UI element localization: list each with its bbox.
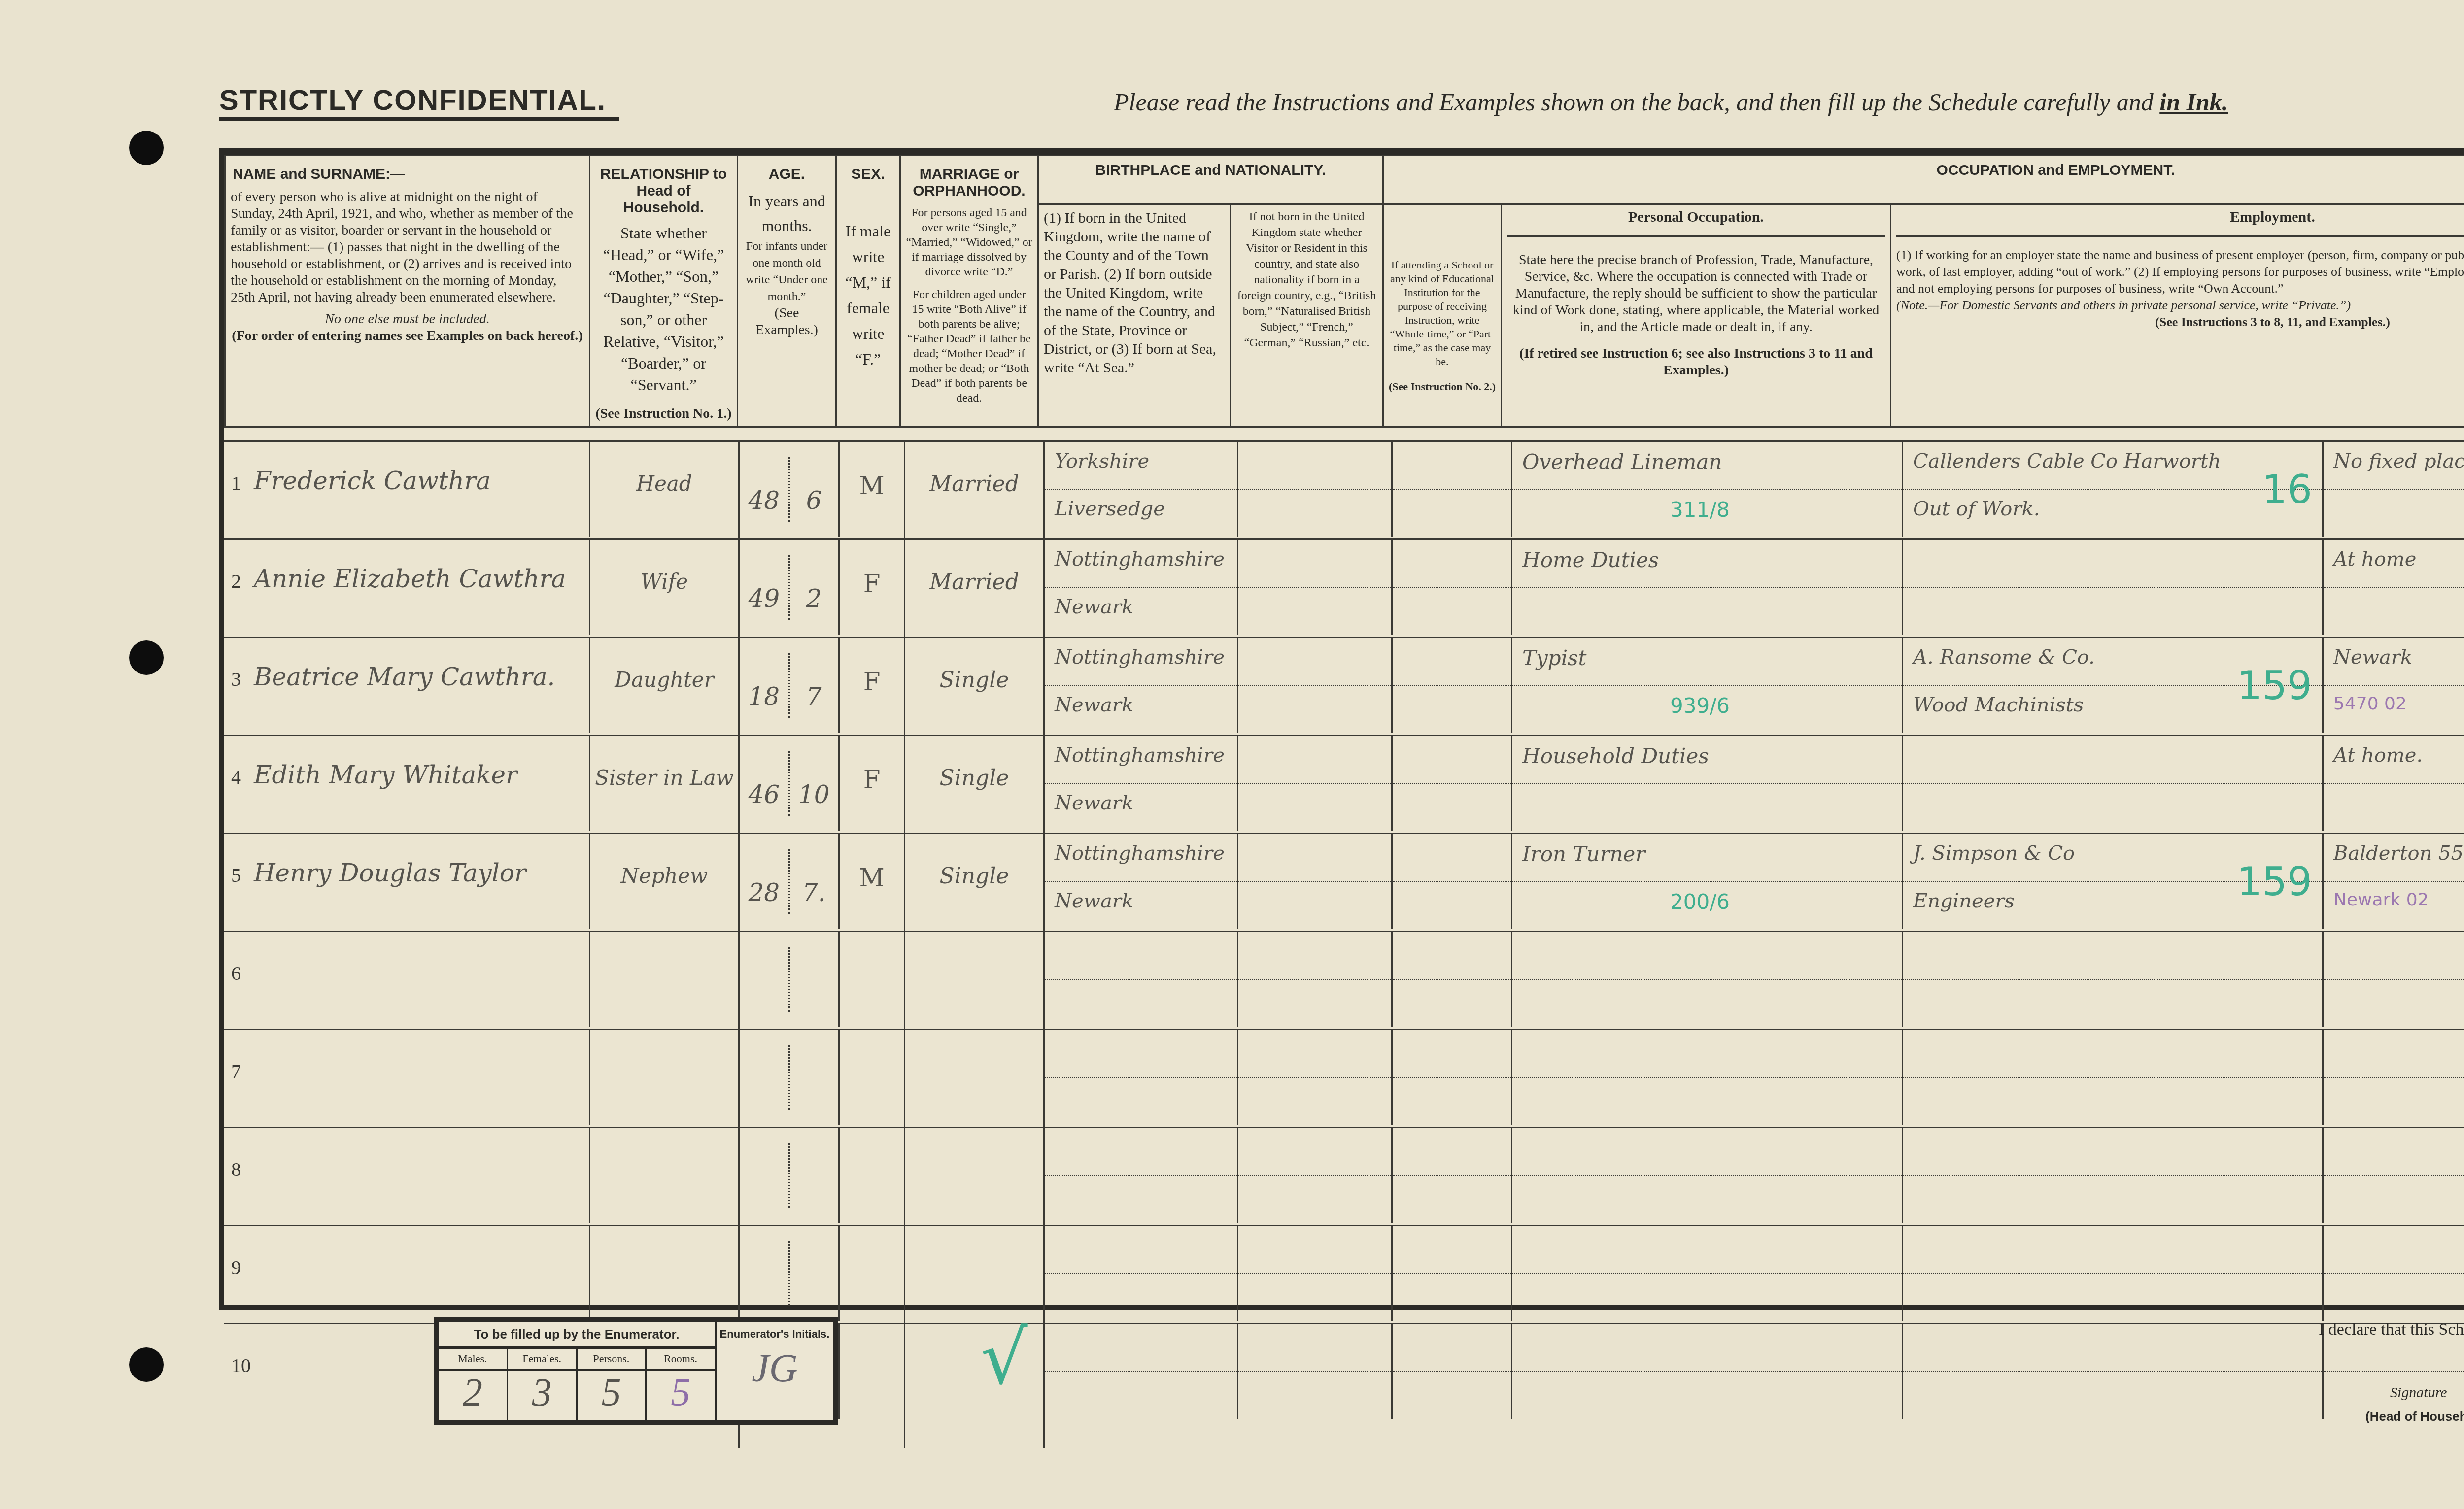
- work-place-code: [2324, 980, 2464, 1027]
- birth-county[interactable]: [1045, 1030, 1237, 1078]
- work-place[interactable]: [2324, 1226, 2464, 1274]
- work-place-code: [2324, 490, 2464, 537]
- work-place[interactable]: No fixed place: [2324, 442, 2464, 490]
- occupation-cell[interactable]: Iron Turner 200/6: [1512, 834, 1903, 929]
- occupation-cell[interactable]: [1512, 1128, 1903, 1223]
- place-of-work-cell[interactable]: [2324, 1226, 2464, 1321]
- birth-county[interactable]: [1045, 932, 1237, 980]
- work-place-code: Newark 02: [2324, 882, 2464, 929]
- birthplace-cell[interactable]: Yorkshire Liversedge: [1045, 442, 1238, 537]
- rooms-value[interactable]: 5: [647, 1371, 715, 1420]
- work-place[interactable]: Balderton 5592: [2324, 834, 2464, 882]
- employment-code: 159: [2237, 859, 2312, 905]
- name-cell[interactable]: 2 Annie Elizabeth Cawthra: [224, 540, 590, 635]
- person-row: 4 Edith Mary Whitaker Sister in Law 46 1…: [224, 735, 2464, 833]
- row-number: 2: [231, 570, 241, 593]
- education-cell[interactable]: [1393, 638, 1512, 733]
- employment-code: 159: [2237, 663, 2312, 708]
- employment-cell[interactable]: [1903, 736, 2324, 831]
- occupation-text[interactable]: [1512, 1324, 1902, 1372]
- person-row: 9: [224, 1225, 2464, 1323]
- age-months[interactable]: 7.: [790, 834, 839, 929]
- work-place-code: [2324, 588, 2464, 635]
- initials-value[interactable]: JG: [717, 1346, 833, 1420]
- males-label: Males.: [439, 1349, 507, 1371]
- person-row: 7: [224, 1029, 2464, 1127]
- age-years[interactable]: 48: [740, 457, 790, 522]
- employer-business[interactable]: [1903, 784, 2322, 831]
- education-cell[interactable]: [1393, 1030, 1512, 1125]
- occupation-code: 311/8: [1512, 490, 1902, 537]
- person-row: 2 Annie Elizabeth Cawthra Wife 49 2 F Ma…: [224, 538, 2464, 637]
- row-number: 8: [231, 1158, 241, 1181]
- sex-cell[interactable]: [840, 1324, 905, 1448]
- person-name[interactable]: Annie Elizabeth Cawthra: [254, 565, 566, 593]
- census-table: NAME and SURNAME:— of every person who i…: [224, 155, 2464, 428]
- person-row: 5 Henry Douglas Taylor Nephew 28 7. M Si…: [224, 833, 2464, 931]
- work-place[interactable]: Newark: [2324, 638, 2464, 686]
- employer-business[interactable]: [1903, 1176, 2322, 1223]
- person-row: 8: [224, 1127, 2464, 1225]
- signature-note: (Head of Household. Manager of Establish…: [2365, 1409, 2464, 1424]
- occupation-text[interactable]: Typist: [1512, 638, 1902, 686]
- col-g-header: If not born in the United Kingdom state …: [1231, 204, 1383, 427]
- name-cell[interactable]: 8: [224, 1128, 590, 1223]
- age-cell[interactable]: 18 7: [740, 638, 840, 733]
- nationality-cell[interactable]: [1238, 1128, 1393, 1223]
- occupation-text[interactable]: [1512, 1226, 1902, 1274]
- age-cell[interactable]: [740, 1128, 840, 1223]
- employer-name[interactable]: [1903, 736, 2322, 784]
- birth-county[interactable]: Nottinghamshire: [1045, 834, 1237, 882]
- occupation-code: [1512, 1176, 1902, 1223]
- occupation-cell[interactable]: Home Duties: [1512, 540, 1903, 635]
- place-of-work-cell[interactable]: Newark 5470 02: [2324, 638, 2464, 733]
- employment-cell[interactable]: [1903, 1226, 2324, 1321]
- birth-county[interactable]: [1045, 1128, 1237, 1176]
- birthplace-cell[interactable]: Nottinghamshire Newark: [1045, 540, 1238, 635]
- nationality-cell[interactable]: [1238, 1030, 1393, 1125]
- work-place-code: 5470 02: [2324, 686, 2464, 733]
- person-row: 3 Beatrice Mary Cawthra. Daughter 18 7 F…: [224, 637, 2464, 735]
- birth-town[interactable]: Newark: [1045, 686, 1237, 733]
- age-years[interactable]: [740, 1143, 790, 1208]
- birth-town[interactable]: [1045, 980, 1237, 1027]
- occupation-code: [1512, 1372, 1902, 1419]
- occupation-code: [1512, 784, 1902, 831]
- age-months[interactable]: [790, 932, 839, 1027]
- birthplace-cell[interactable]: Nottinghamshire Newark: [1045, 736, 1238, 831]
- birth-county[interactable]: [1045, 1226, 1237, 1274]
- nationality-cell[interactable]: [1238, 442, 1393, 537]
- birthplace-cell[interactable]: [1045, 1226, 1238, 1321]
- education-cell[interactable]: [1393, 1324, 1512, 1419]
- nationality-cell[interactable]: [1238, 540, 1393, 635]
- age-years[interactable]: 49: [740, 555, 790, 620]
- age-years[interactable]: [740, 1241, 790, 1306]
- place-of-work-cell[interactable]: No fixed place: [2324, 442, 2464, 537]
- punch-hole-2: [129, 640, 164, 675]
- occupation-code: [1512, 980, 1902, 1027]
- check-mark-icon: √: [981, 1315, 1028, 1401]
- birthplace-cell[interactable]: [1045, 1030, 1238, 1125]
- education-cell[interactable]: [1393, 932, 1512, 1027]
- birth-county[interactable]: Nottinghamshire: [1045, 736, 1237, 784]
- occupation-cell[interactable]: Household Duties: [1512, 736, 1903, 831]
- occupation-code: [1512, 1078, 1902, 1125]
- col-b-header: RELATIONSHIP to Head of Household. State…: [590, 156, 738, 427]
- education-cell[interactable]: [1393, 442, 1512, 537]
- birth-town[interactable]: [1045, 1372, 1237, 1419]
- education-cell[interactable]: [1393, 1226, 1512, 1321]
- employment-cell[interactable]: [1903, 1128, 2324, 1223]
- declaration-text: I declare that this Schedule is correctl…: [2319, 1320, 2464, 1339]
- name-cell[interactable]: 9: [224, 1226, 590, 1321]
- occupation-code: [1512, 1274, 1902, 1321]
- persons-label: Persons.: [578, 1349, 646, 1371]
- birthplace-cell[interactable]: [1045, 932, 1238, 1027]
- employer-name[interactable]: [1903, 932, 2322, 980]
- person-name[interactable]: Henry Douglas Taylor: [254, 859, 526, 887]
- employer-business[interactable]: [1903, 1372, 2322, 1419]
- place-of-work-cell[interactable]: [2324, 1128, 2464, 1223]
- name-cell[interactable]: 3 Beatrice Mary Cawthra.: [224, 638, 590, 733]
- col-k-header: Personal Occupation. State here the prec…: [1502, 204, 1891, 427]
- employment-cell[interactable]: [1903, 1030, 2324, 1125]
- employment-cell[interactable]: [1903, 932, 2324, 1027]
- occupation-cell[interactable]: [1512, 1324, 1903, 1419]
- employer-name[interactable]: [1903, 1226, 2322, 1274]
- instruction-text: Please read the Instructions and Example…: [1114, 88, 2154, 116]
- instruction-emphasis: in Ink.: [2159, 88, 2228, 116]
- summary-heading: To be filled up by the Enumerator.: [439, 1322, 715, 1349]
- persons-value[interactable]: 5: [578, 1371, 646, 1420]
- occupation-cell[interactable]: [1512, 1030, 1903, 1125]
- nationality-cell[interactable]: [1238, 736, 1393, 831]
- occupation-text[interactable]: Overhead Lineman: [1512, 442, 1902, 490]
- occupation-cell[interactable]: [1512, 932, 1903, 1027]
- census-schedule-form: NAME and SURNAME:— of every person who i…: [219, 148, 2464, 1310]
- age-cell[interactable]: [740, 1030, 840, 1125]
- employment-cell[interactable]: A. Ransome & Co. Wood Machinists 159: [1903, 638, 2324, 733]
- work-place[interactable]: At home.: [2324, 736, 2464, 784]
- person-name[interactable]: Frederick Cawthra: [254, 467, 491, 495]
- age-cell[interactable]: 49 2: [740, 540, 840, 635]
- birth-county[interactable]: [1045, 1324, 1237, 1372]
- age-months[interactable]: 7: [790, 638, 839, 733]
- name-cell[interactable]: 1 Frederick Cawthra: [224, 442, 590, 537]
- birth-county[interactable]: Yorkshire: [1045, 442, 1237, 490]
- signature-label: Signature: [2390, 1384, 2447, 1401]
- employer-business[interactable]: [1903, 1078, 2322, 1125]
- birth-town[interactable]: Liversedge: [1045, 490, 1237, 537]
- name-cell[interactable]: 6: [224, 932, 590, 1027]
- nationality-cell[interactable]: [1238, 1226, 1393, 1321]
- age-cell[interactable]: 28 7.: [740, 834, 840, 929]
- occupation-text[interactable]: [1512, 1030, 1902, 1078]
- place-of-work-cell[interactable]: At home: [2324, 540, 2464, 635]
- education-cell[interactable]: [1393, 1128, 1512, 1223]
- col-f-header: (1) If born in the United Kingdom, write…: [1038, 204, 1231, 427]
- page-title: STRICTLY CONFIDENTIAL.: [219, 84, 606, 117]
- birth-town[interactable]: Newark: [1045, 882, 1237, 929]
- person-row: 6: [224, 931, 2464, 1029]
- name-cell[interactable]: 7: [224, 1030, 590, 1125]
- rooms-label: Rooms.: [647, 1349, 715, 1371]
- employment-code: 16: [2262, 467, 2312, 512]
- employer-name[interactable]: Callenders Cable Co Harworth: [1903, 442, 2322, 490]
- birthplace-cell[interactable]: [1045, 1128, 1238, 1223]
- col-d-header: SEX. If male write “M,” if female write …: [836, 156, 900, 427]
- occupation-cell[interactable]: Overhead Lineman 311/8: [1512, 442, 1903, 537]
- work-place[interactable]: [2324, 932, 2464, 980]
- birth-town[interactable]: [1045, 1078, 1237, 1125]
- row-number: 6: [231, 962, 241, 985]
- col-a-header: NAME and SURNAME:— of every person who i…: [225, 156, 590, 427]
- work-place-code: [2324, 1176, 2464, 1223]
- occupation-text[interactable]: [1512, 1128, 1902, 1176]
- occupation-text[interactable]: Home Duties: [1512, 540, 1902, 588]
- nationality-cell[interactable]: [1238, 834, 1393, 929]
- work-place[interactable]: At home: [2324, 540, 2464, 588]
- row-number: 1: [231, 471, 241, 495]
- occupation-cell[interactable]: Typist 939/6: [1512, 638, 1903, 733]
- header-row: NAME and SURNAME:— of every person who i…: [225, 156, 2464, 204]
- row-number: 4: [231, 766, 241, 789]
- males-value[interactable]: 2: [439, 1371, 507, 1420]
- age-months[interactable]: 2: [790, 540, 839, 635]
- employer-name[interactable]: [1903, 1324, 2322, 1372]
- education-cell[interactable]: [1393, 736, 1512, 831]
- occupation-header: OCCUPATION and EMPLOYMENT.: [1383, 156, 2464, 204]
- employer-business[interactable]: [1903, 588, 2322, 635]
- employer-business[interactable]: [1903, 1274, 2322, 1321]
- instruction-line: Please read the Instructions and Example…: [1114, 88, 2228, 116]
- age-months[interactable]: [790, 1226, 839, 1321]
- occupation-cell[interactable]: [1512, 1226, 1903, 1321]
- employment-cell[interactable]: [1903, 540, 2324, 635]
- title-underline: [219, 117, 619, 121]
- enumerator-summary-box: To be filled up by the Enumerator. Males…: [434, 1317, 838, 1425]
- education-cell[interactable]: [1393, 834, 1512, 929]
- employer-name[interactable]: [1903, 1030, 2322, 1078]
- age-cell[interactable]: 46 10: [740, 736, 840, 831]
- age-cell[interactable]: [740, 932, 840, 1027]
- work-place[interactable]: [2324, 1030, 2464, 1078]
- name-cell[interactable]: 5 Henry Douglas Taylor: [224, 834, 590, 929]
- age-years[interactable]: 18: [740, 653, 790, 718]
- employment-cell[interactable]: Callenders Cable Co Harworth Out of Work…: [1903, 442, 2324, 537]
- col-c-header: AGE. In years and months. For infants un…: [738, 156, 836, 427]
- employment-cell[interactable]: J. Simpson & Co Engineers 159: [1903, 834, 2324, 929]
- row-number: 3: [231, 668, 241, 691]
- person-name[interactable]: Edith Mary Whitaker: [254, 761, 517, 789]
- punch-hole-1: [129, 131, 164, 165]
- work-place-code: [2324, 1078, 2464, 1125]
- row-number: 7: [231, 1060, 241, 1083]
- work-place-code: [2324, 1274, 2464, 1321]
- place-of-work-cell[interactable]: [2324, 932, 2464, 1027]
- nationality-cell[interactable]: [1238, 638, 1393, 733]
- initials-label: Enumerator's Initials.: [717, 1322, 833, 1346]
- place-of-work-cell[interactable]: Balderton 5592 Newark 02: [2324, 834, 2464, 929]
- birthplace-header: BIRTHPLACE and NATIONALITY.: [1038, 156, 1383, 204]
- occupation-code: 939/6: [1512, 686, 1902, 733]
- row-number: 9: [231, 1256, 241, 1279]
- employer-name[interactable]: [1903, 540, 2322, 588]
- birth-town[interactable]: [1045, 1274, 1237, 1321]
- employer-business[interactable]: Out of Work.: [1903, 490, 2322, 537]
- work-place-code: [2324, 784, 2464, 831]
- occupation-text[interactable]: [1512, 932, 1902, 980]
- females-value[interactable]: 3: [508, 1371, 576, 1420]
- person-rows: 1 Frederick Cawthra Head 48 6 M Married …: [224, 440, 2464, 1421]
- age-months[interactable]: [790, 1030, 839, 1125]
- work-place[interactable]: [2324, 1128, 2464, 1176]
- age-cell[interactable]: [740, 1226, 840, 1321]
- person-row: 1 Frederick Cawthra Head 48 6 M Married …: [224, 440, 2464, 538]
- birth-county[interactable]: Nottinghamshire: [1045, 540, 1237, 588]
- age-years[interactable]: 28: [740, 849, 790, 914]
- nationality-cell[interactable]: [1238, 1324, 1393, 1419]
- age-years[interactable]: [740, 1045, 790, 1110]
- age-months[interactable]: [790, 1128, 839, 1223]
- employment-cell[interactable]: [1903, 1324, 2324, 1419]
- age-cell[interactable]: 48 6: [740, 442, 840, 537]
- col-l-header: Employment. (1) If working for an employ…: [1891, 204, 2464, 427]
- punch-hole-3: [129, 1347, 164, 1382]
- employer-business[interactable]: [1903, 980, 2322, 1027]
- occupation-code: [1512, 588, 1902, 635]
- age-months[interactable]: 10: [790, 736, 839, 831]
- occupation-code: 200/6: [1512, 882, 1902, 929]
- person-name[interactable]: Beatrice Mary Cawthra.: [254, 663, 555, 691]
- females-label: Females.: [508, 1349, 576, 1371]
- birth-town[interactable]: [1045, 1176, 1237, 1223]
- row-number: 5: [231, 864, 241, 887]
- birthplace-cell[interactable]: [1045, 1324, 1238, 1419]
- employer-name[interactable]: [1903, 1128, 2322, 1176]
- age-years[interactable]: 46: [740, 751, 790, 816]
- occupation-text[interactable]: Iron Turner: [1512, 834, 1902, 882]
- birthplace-cell[interactable]: Nottinghamshire Newark: [1045, 834, 1238, 929]
- col-h-header: If attending a School or any kind of Edu…: [1383, 204, 1502, 427]
- table-body: Total number under sixteen years of age.…: [224, 440, 2464, 1421]
- row-number: 10: [231, 1354, 251, 1377]
- age-months[interactable]: 6: [790, 442, 839, 537]
- nationality-cell[interactable]: [1238, 932, 1393, 1027]
- birthplace-cell[interactable]: Nottinghamshire Newark: [1045, 638, 1238, 733]
- name-cell[interactable]: 4 Edith Mary Whitaker: [224, 736, 590, 831]
- education-cell[interactable]: [1393, 540, 1512, 635]
- place-of-work-cell[interactable]: At home.: [2324, 736, 2464, 831]
- place-of-work-cell[interactable]: [2324, 1030, 2464, 1125]
- age-years[interactable]: [740, 947, 790, 1012]
- col-e-header: MARRIAGE or ORPHANHOOD. For persons aged…: [900, 156, 1038, 427]
- birth-county[interactable]: Nottinghamshire: [1045, 638, 1237, 686]
- occupation-text[interactable]: Household Duties: [1512, 736, 1902, 784]
- birth-town[interactable]: Newark: [1045, 588, 1237, 635]
- birth-town[interactable]: Newark: [1045, 784, 1237, 831]
